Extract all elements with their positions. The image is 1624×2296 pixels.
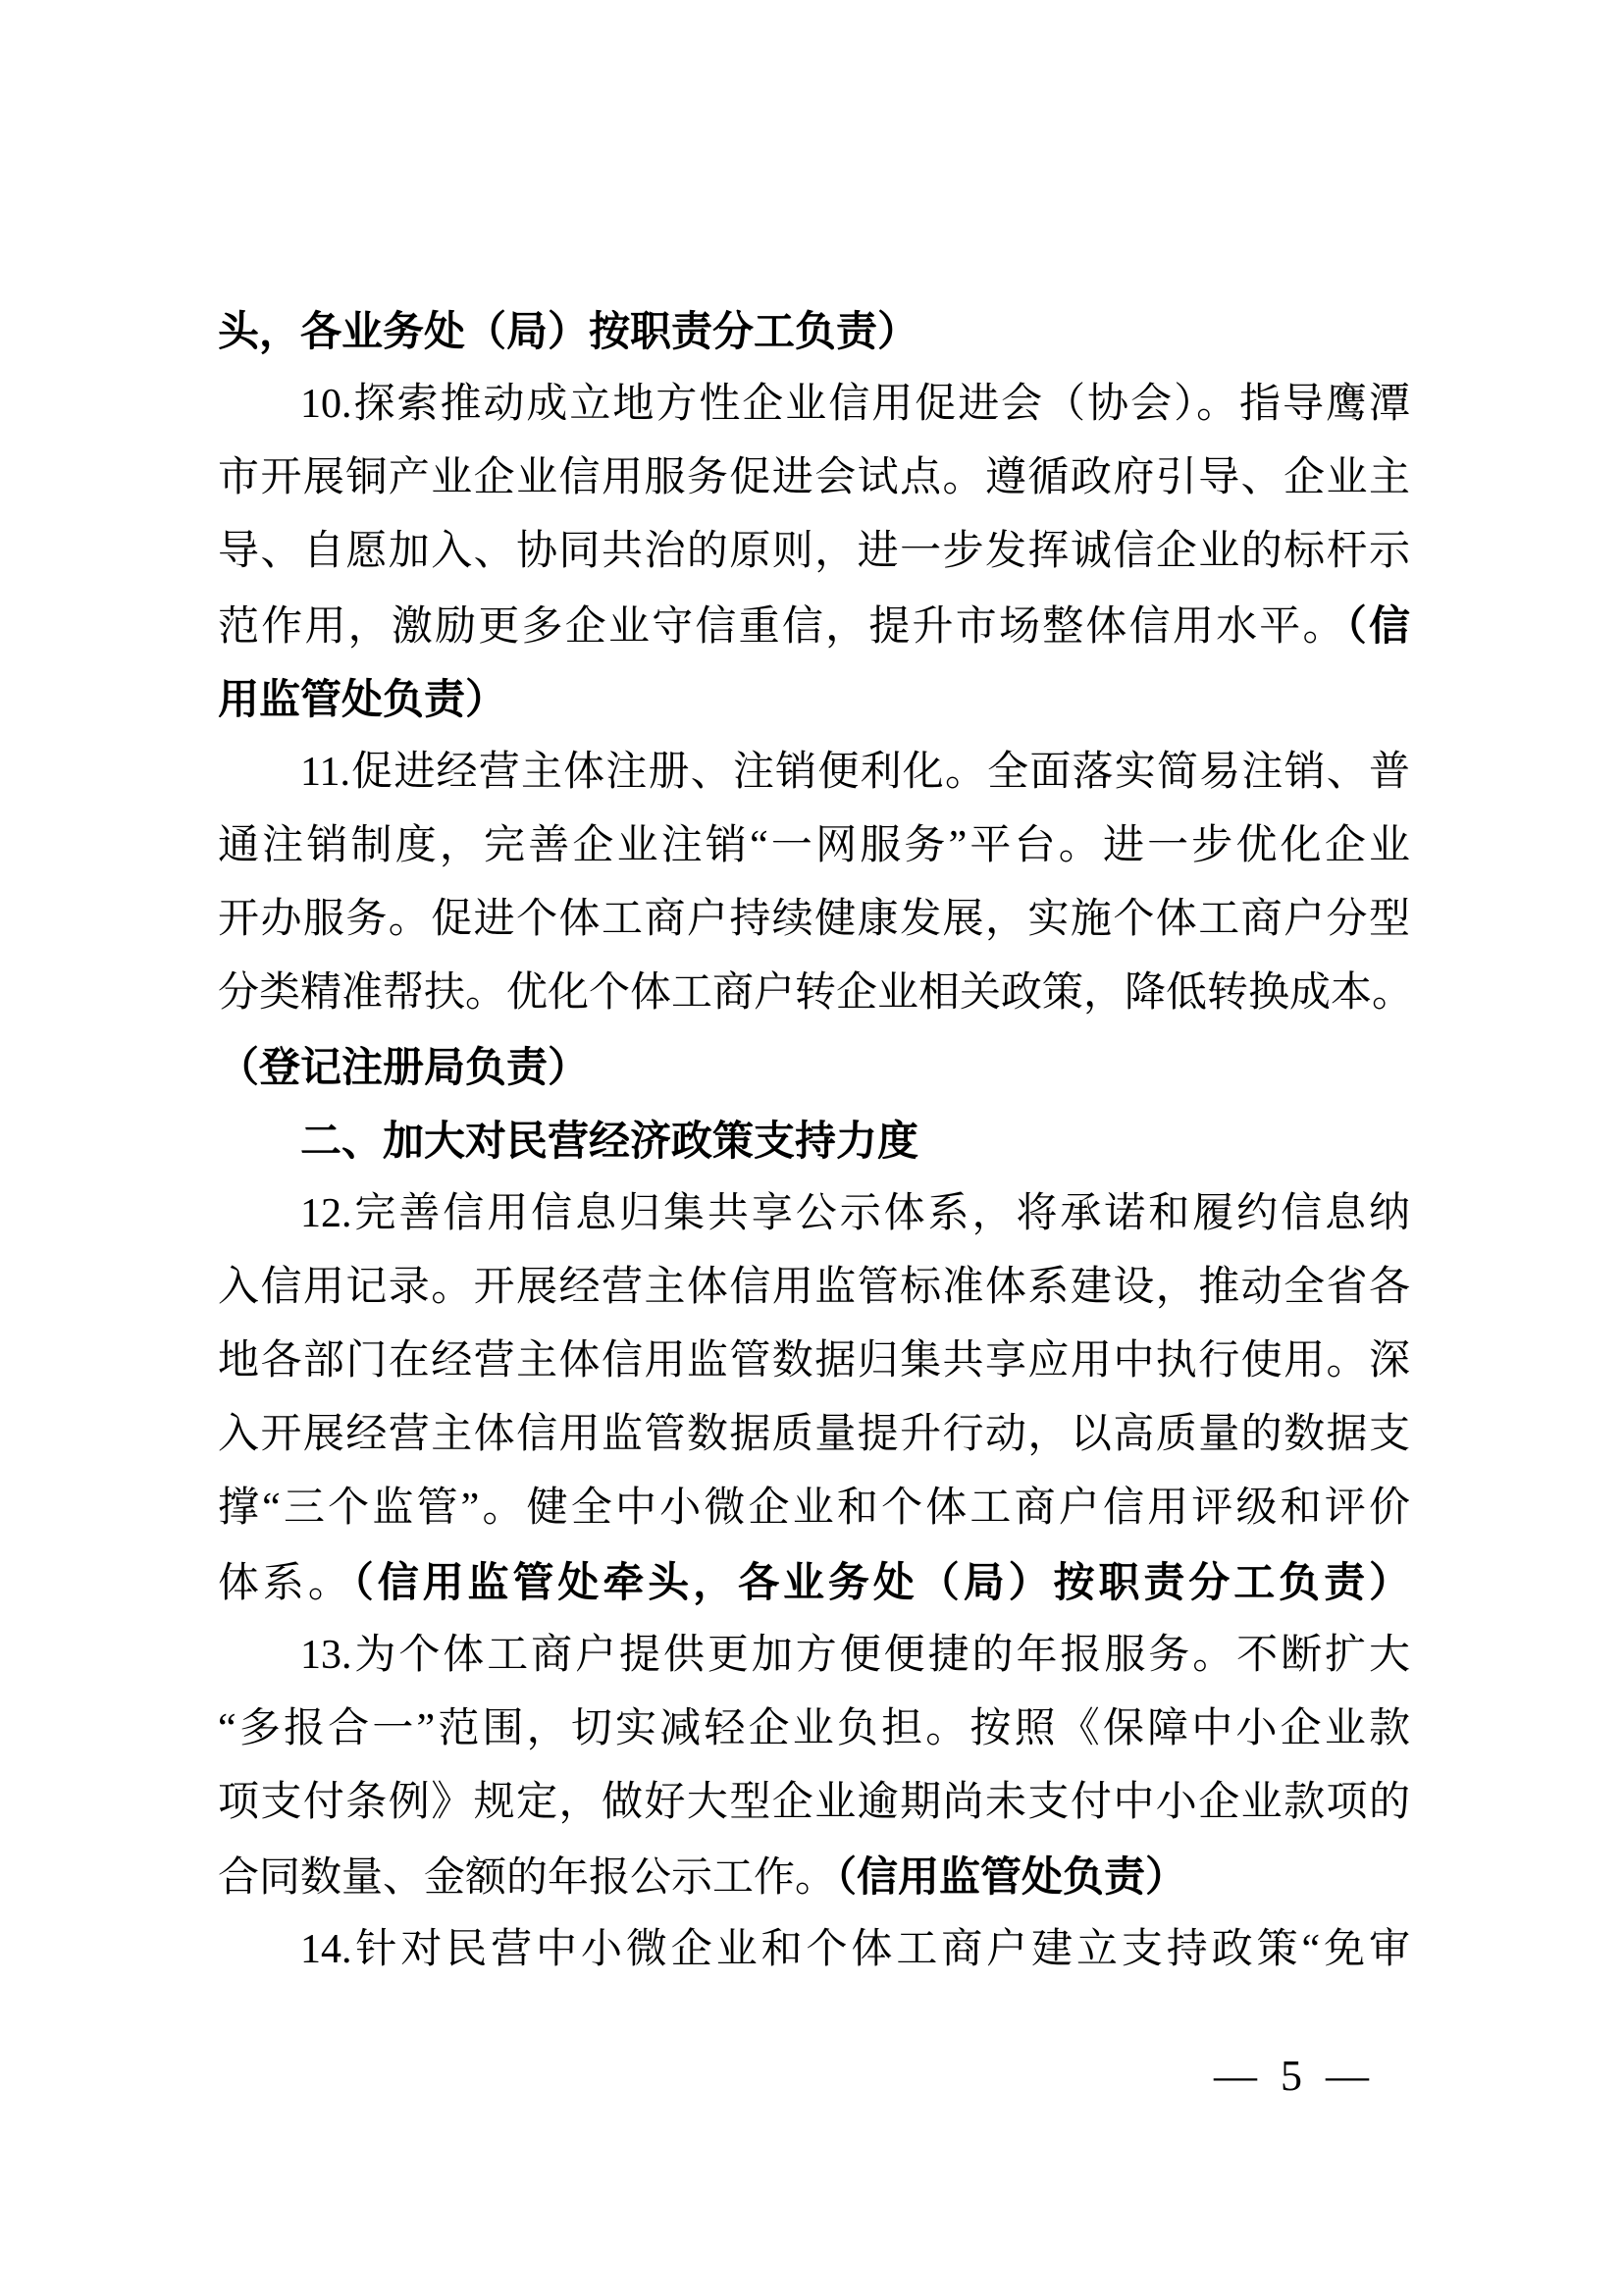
body-text: 导、自愿加入、协同共治的原则，进一步发挥诚信企业的标杆示 (218, 529, 1410, 574)
text-line: 12.完善信用信息归集共享公示体系，将承诺和履约信息纳 (218, 1177, 1410, 1251)
body-text: 范作用，激励更多企业守信重信，提升市场整体信用水平。 (218, 604, 1346, 650)
footer-dash-right: — (1326, 2039, 1369, 2113)
body-text: 13.为个体工商户提供更加方便便捷的年报服务。不断扩大 (300, 1633, 1410, 1678)
text-line: 入信用记录。开展经营主体信用监管标准体系建设，推动全省各 (218, 1251, 1410, 1325)
emphasis-text: （信用监管处负责） (836, 1853, 1186, 1900)
body-text: 12.完善信用信息归集共享公示体系，将承诺和履约信息纳 (300, 1191, 1410, 1236)
page-number: 5 (1281, 2039, 1302, 2113)
text-line: 撑“三个监管”。健全中小微企业和个体工商户信用评级和评价 (218, 1472, 1410, 1545)
text-line: 合同数量、金额的年报公示工作。（信用监管处负责） (218, 1840, 1410, 1913)
body-text: “多报合一”范围，切实减轻企业负担。按照《保障中小企业款 (218, 1706, 1410, 1751)
text-line: 市开展铜产业企业信用服务促进会试点。遵循政府引导、企业主 (218, 442, 1410, 515)
text-line: 10.探索推动成立地方性企业信用促进会（协会）。指导鹰潭 (218, 368, 1410, 442)
text-line: 11.促进经营主体注册、注销便利化。全面落实简易注销、普 (218, 736, 1410, 809)
text-line: 通注销制度，完善企业注销“一网服务”平台。进一步优化企业 (218, 809, 1410, 883)
emphasis-text: （信 (1346, 602, 1410, 649)
body-text: 地各部门在经营主体信用监管数据归集共享应用中执行使用。深 (218, 1338, 1410, 1383)
page-footer: — 5 — (1214, 2039, 1369, 2113)
text-line: 项支付条例》规定，做好大型企业逾期尚未支付中小企业款项的 (218, 1766, 1410, 1840)
emphasis-text: 头，各业务处（局）按职责分工负责） (218, 308, 918, 354)
text-line: 入开展经营主体信用监管数据质量提升行动，以高质量的数据支 (218, 1398, 1410, 1472)
text-line: 开办服务。促进个体工商户持续健康发展，实施个体工商户分型 (218, 883, 1410, 957)
text-line: 导、自愿加入、协同共治的原则，进一步发挥诚信企业的标杆示 (218, 515, 1410, 589)
text-line: 地各部门在经营主体信用监管数据归集共享应用中执行使用。深 (218, 1325, 1410, 1398)
body-text: 入开展经营主体信用监管数据质量提升行动，以高质量的数据支 (218, 1412, 1410, 1457)
body-text: 14.针对民营中小微企业和个体工商户建立支持政策“免审 (300, 1927, 1410, 1972)
body-text: 开办服务。促进个体工商户持续健康发展，实施个体工商户分型 (218, 897, 1410, 942)
text-line: 二、加大对民营经济政策支持力度 (218, 1104, 1410, 1177)
text-line: 分类精准帮扶。优化个体工商户转企业相关政策，降低转换成本。 (218, 957, 1410, 1030)
document-body: 头，各业务处（局）按职责分工负责）10.探索推动成立地方性企业信用促进会（协会）… (218, 294, 1410, 1987)
body-text: 通注销制度，完善企业注销“一网服务”平台。进一步优化企业 (218, 823, 1410, 868)
body-text: 市开展铜产业企业信用服务促进会试点。遵循政府引导、企业主 (218, 455, 1410, 500)
footer-dash-left: — (1214, 2039, 1257, 2113)
text-line: 13.为个体工商户提供更加方便便捷的年报服务。不断扩大 (218, 1619, 1410, 1693)
text-line: “多报合一”范围，切实减轻企业负担。按照《保障中小企业款 (218, 1693, 1410, 1766)
body-text: 合同数量、金额的年报公示工作。 (218, 1855, 836, 1901)
body-text: 项支付条例》规定，做好大型企业逾期尚未支付中小企业款项的 (218, 1780, 1410, 1825)
text-line: 头，各业务处（局）按职责分工负责） (218, 294, 1410, 368)
body-text: 11.促进经营主体注册、注销便利化。全面落实简易注销、普 (300, 750, 1410, 795)
body-text: 撑“三个监管”。健全中小微企业和个体工商户信用评级和评价 (218, 1486, 1410, 1531)
emphasis-text: （信用监管处牵头，各业务处（局）按职责分工负责） (353, 1559, 1410, 1605)
text-line: 14.针对民营中小微企业和个体工商户建立支持政策“免审 (218, 1913, 1410, 1987)
body-text: 入信用记录。开展经营主体信用监管标准体系建设，推动全省各 (218, 1265, 1410, 1310)
body-text: 分类精准帮扶。优化个体工商户转企业相关政策，降低转换成本。 (218, 970, 1413, 1016)
body-text: 10.探索推动成立地方性企业信用促进会（协会）。指导鹰潭 (300, 382, 1410, 427)
emphasis-text: 二、加大对民营经济政策支持力度 (300, 1118, 918, 1164)
body-text: 体系。 (218, 1561, 353, 1606)
document-page: 头，各业务处（局）按职责分工负责）10.探索推动成立地方性企业信用促进会（协会）… (0, 0, 1624, 2296)
text-line: 体系。（信用监管处牵头，各业务处（局）按职责分工负责） (218, 1545, 1410, 1619)
text-line: （登记注册局负责） (218, 1030, 1410, 1104)
emphasis-text: 用监管处负责） (218, 676, 506, 722)
text-line: 范作用，激励更多企业守信重信，提升市场整体信用水平。（信 (218, 589, 1410, 662)
emphasis-text: （登记注册局负责） (218, 1044, 589, 1090)
text-line: 用监管处负责） (218, 662, 1410, 736)
